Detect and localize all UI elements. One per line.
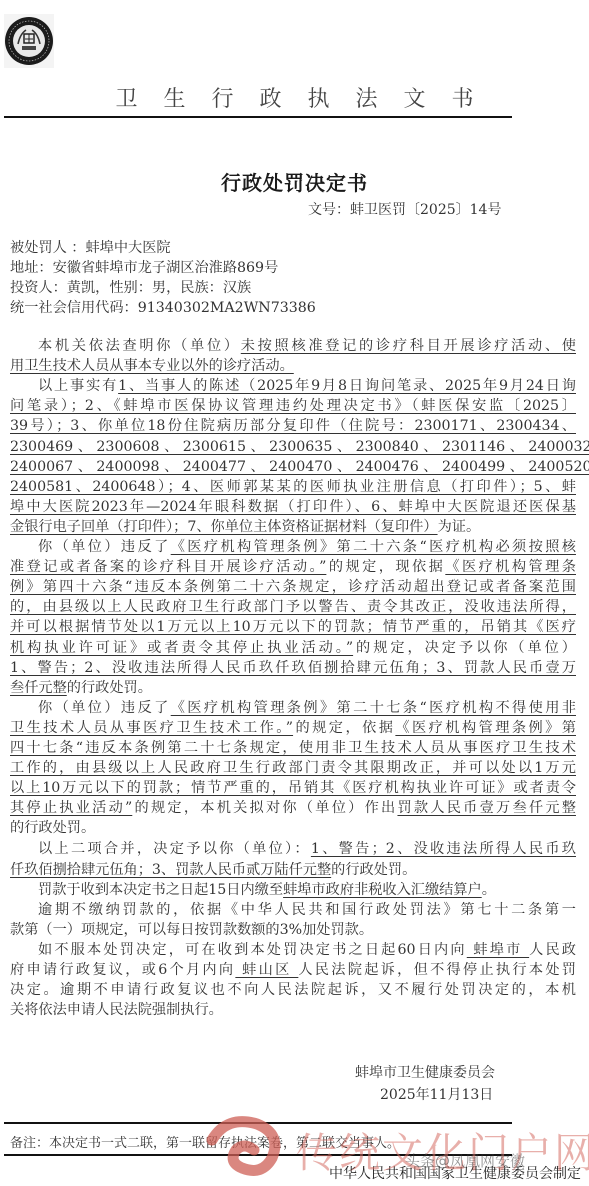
body-text: 以上事实有 — [38, 378, 118, 394]
underlined-text: 其停止执业活动” — [10, 800, 132, 816]
health-inspection-emblem-icon — [4, 14, 54, 68]
underlined-text: 蚌埠市政府非税收入汇缴结算户 — [283, 882, 482, 898]
body-text: 以上二项合并，决定予以你（单位）： — [38, 841, 311, 857]
underlined-text: 以上10万元以下的罚款；情节严重的，吊销其《医疗机构执业许可证》或者责令 — [10, 780, 576, 796]
watermark-source: 头条@凤凰网安徽 — [405, 1150, 525, 1171]
body-line: 款第（一）项规定，可以每日按罚款数额的3%加处罚款。 — [10, 920, 576, 940]
body-line: 2400581、2400648）；4、医师郭某某的医师执业注册信息（打印件）；5… — [10, 477, 576, 497]
body-line: 你（单位）违反了《医疗机构管理条例》第二十六条“医疗机构必须按照核 — [10, 537, 576, 557]
underlined-text: 机构执业许可证》或者责令其停止执业活动。” — [10, 640, 353, 656]
body-line: 金银行电子回单（打印件）；7、你单位主体资格证据材料（复印件）为证。 — [10, 517, 576, 537]
body-line: 2400067 、 2400098 、 2400477 、 2400470 、 … — [10, 457, 576, 477]
party-credit-code: 统一社会信用代码：91340302MA2WN73386 — [10, 298, 316, 318]
body-line: 其停止执业活动”的规定，本机关拟对你（单位）作出罚款人民币壹万叁仟元整 — [10, 798, 576, 818]
body-line: 卫生技术人员从事医疗卫生技术工作。”的规定，依据《医疗机构管理条例》第 — [10, 718, 576, 738]
body-line: 的，由县级以上人民政府卫生行政部门予以警告、责令其改正，没收违法所得， — [10, 597, 576, 617]
body-text: 的规定，本机关拟对你（单位）作出 — [132, 800, 397, 816]
body-text: 款第（一）项规定，可以每日按罚款数额的3%加处罚款。 — [10, 922, 373, 938]
body-line: 叁仟元整的行政处罚。 — [10, 678, 576, 698]
body-line: 仟玖佰捌拾肆元伍角；3、罚款人民币贰万陆仟元整的行政处罚。 — [10, 860, 576, 880]
underlined-text: 埠中大医院2023年—2024年眼科数据（打印件）、6、蚌埠中大医院退还医保基 — [10, 499, 576, 515]
body-line: 逾期不缴纳罚款的，依据《中华人民共和国行政处罚法》第七十二条第一 — [10, 900, 576, 920]
penalized-party: 被处罚人 ：蚌埠中大医院 — [10, 238, 171, 258]
body-text: 的规定，依据 — [293, 720, 395, 736]
body-line: 工作的，由县级以上人民政府卫生行政部门责令其限期改正，并可以处以1万元 — [10, 758, 576, 778]
body-line: 以上事实有1、当事人的陈述（2025年9月8日询问笔录、2025年9月24日询 — [10, 376, 576, 396]
body-line: 用卫生技术人员从事本专业以外的诊疗活动。 — [10, 356, 576, 376]
body-text: 本机关依法查明你（单位） — [38, 338, 241, 354]
body-text: 关将依法申请人民法院强制执行。 — [10, 1002, 223, 1018]
body-line: 的行政处罚。 — [10, 818, 576, 838]
body-line: 府申请行政复议，或6个月内向 蚌山区 人民法院起诉，但不得停止执行本处罚 — [10, 960, 576, 980]
header-divider — [4, 116, 512, 118]
page-title: 行政处罚决定书 — [0, 167, 589, 196]
underlined-text: 四十七条“违反本条例第二十七条规定，使用非卫生技术人员从事医疗卫生技术 — [10, 740, 576, 756]
body-line: 如不服本处罚决定，可在收到本处罚决定书之日起60日内向 蚌埠市 人民政 — [10, 940, 576, 960]
body-line: 你（单位）违反了《医疗机构管理条例》第二十七条“医疗机构不得使用非 — [10, 698, 576, 718]
underlined-text: 用卫生技术人员从事本专业以外的诊疗活动。 — [10, 358, 294, 374]
underlined-text: 金银行电子回单（打印件）；7、你单位主体资格证据材料（复印件） — [10, 519, 438, 535]
document-number: 文号：蚌卫医罚〔2025〕14号 — [308, 199, 501, 219]
document-category-heading: 卫生行政执法文书 — [0, 82, 589, 113]
body-text: 逾期不缴纳罚款的，依据《中华人民共和国行政处罚法》第七十二条第一 — [38, 902, 576, 918]
body-text: 。 — [482, 882, 496, 898]
underlined-text: 蚌山区 — [235, 962, 298, 978]
issuing-authority: 蚌埠市卫生健康委员会 — [355, 1062, 495, 1082]
body-text: 决定。逾期不申请行政复议也不向人民法院起诉，又不履行处罚决定的，本机 — [10, 982, 576, 998]
body-text: 的行政处罚。 — [10, 820, 95, 836]
underlined-text: 2400067 、 2400098 、 2400477 、 2400470 、 … — [10, 459, 589, 475]
body-line: 机构执业许可证》或者责令其停止执业活动。”的规定，决定予以你（单位） — [10, 638, 576, 658]
underlined-text: 《医疗机构管理条例》第二十七条“医疗机构不得使用非 — [171, 700, 576, 716]
body-line: 以上二项合并，决定予以你（单位）：1、警告；2、没收违法所得人民币玖 — [10, 839, 576, 859]
watermark-swirl-icon — [202, 1110, 292, 1186]
underlined-text: 卫生技术人员从事医疗卫生技术工作。” — [10, 720, 293, 736]
underlined-text: 1、警告；2、没收违法所得人民币玖仟玖佰捌拾肆元伍角；3、罚款人民币壹万 — [10, 660, 576, 676]
body-text: 你（单位）违反了 — [38, 539, 171, 555]
issue-date: 2025年11月13日 — [380, 1084, 493, 1104]
body-text: 罚款于收到本决定书之日起15日内缴至 — [38, 882, 283, 898]
underlined-text: 仟玖佰捌拾肆元伍角；3、罚款人民币贰万陆仟元整 — [10, 862, 331, 878]
body-text: 人民法院起诉，但不得停止执行本处罚 — [298, 962, 576, 978]
body-text: 的规定，现依据 — [326, 559, 445, 575]
body-text: 府申请行政复议，或6个月内向 — [10, 962, 235, 978]
body-text: 的行政处罚。 — [331, 862, 416, 878]
underlined-text: 2400581、2400648）；4、医师郭某某的医师执业注册信息（打印件）；5… — [10, 479, 576, 495]
underlined-text: 《医疗机构管理条例》第二十六条“医疗机构必须按照核 — [171, 539, 576, 555]
body-text: 为证。 — [438, 519, 481, 535]
body-line: 四十七条“违反本条例第二十七条规定，使用非卫生技术人员从事医疗卫生技术 — [10, 738, 576, 758]
body-line: 埠中大医院2023年—2024年眼科数据（打印件）、6、蚌埠中大医院退还医保基 — [10, 497, 576, 517]
body-line: 本机关依法查明你（单位）未按照核准登记的诊疗科目开展诊疗活动、使 — [10, 336, 576, 356]
body-line: 并可以根据情节处以1万元以上10万元以下的罚款；情节严重的，吊销其《医疗 — [10, 617, 576, 637]
body-text: 的规定，决定予以你（单位） — [353, 640, 576, 656]
underlined-text: 准登记或者备案的诊疗科目开展诊疗活动。” — [10, 559, 326, 575]
body-line: 关将依法申请人民法院强制执行。 — [10, 1000, 576, 1020]
body-text: 人民政 — [529, 942, 576, 958]
underlined-text: 的，由县级以上人民政府卫生行政部门予以警告、责令其改正，没收违法所得， — [10, 599, 576, 615]
party-investor: 投资人：黄凯，性别：男，民族：汉族 — [10, 278, 251, 298]
party-address: 地址：安徽省蚌埠市龙子湖区治淮路869号 — [10, 258, 278, 278]
underlined-text: 1、警告；2、没收违法所得人民币玖 — [311, 841, 576, 857]
underlined-text: 未按照核准登记的诊疗科目开展诊疗活动、使 — [241, 338, 576, 354]
body-line: 例》第四十六条“违反本条例第二十六条规定，诊疗活动超出登记或者备案范围 — [10, 577, 576, 597]
body-text: 的行政处罚。 — [67, 680, 152, 696]
underlined-text: 罚款人民币壹万叁仟元整 — [397, 800, 576, 816]
body-line: 2300469 、 2300608 、 2300615 、 2300635 、 … — [10, 437, 576, 457]
underlined-text: 并可以根据情节处以1万元以上10万元以下的罚款；情节严重的，吊销其《医疗 — [10, 619, 576, 635]
underlined-text: 例》第四十六条“违反本条例第二十六条规定，诊疗活动超出登记或者备案范围 — [10, 579, 576, 595]
body-line: 决定。逾期不申请行政复议也不向人民法院起诉，又不履行处罚决定的，本机 — [10, 980, 576, 1000]
underlined-text: 蚌埠市 — [467, 942, 529, 958]
underlined-text: 2300469 、 2300608 、 2300615 、 2300635 、 … — [10, 439, 589, 455]
body-line: 1、警告；2、没收违法所得人民币玖仟玖佰捌拾肆元伍角；3、罚款人民币壹万 — [10, 658, 576, 678]
body-text: 如不服本处罚决定，可在收到本处罚决定书之日起60日内向 — [38, 942, 467, 958]
body-line: 问笔录）；2、《蚌埠市医保协议管理违约处理决定书》（蚌医保安监〔2025〕 — [10, 396, 576, 416]
underlined-text: 问笔录）；2、《蚌埠市医保协议管理违约处理决定书》（蚌医保安监〔2025〕 — [10, 398, 576, 414]
body-line: 39号）；3、你单位18份住院病历部分复印件（住院号：2300171、23004… — [10, 416, 576, 436]
underlined-text: 《医疗机构管理条 — [445, 559, 576, 575]
underlined-text: 叁仟元整 — [10, 680, 67, 696]
body-line: 准登记或者备案的诊疗科目开展诊疗活动。”的规定，现依据《医疗机构管理条 — [10, 557, 576, 577]
underlined-text: 39号）；3、你单位18份住院病历部分复印件（住院号：2300171、23004… — [10, 418, 576, 434]
body-line: 以上10万元以下的罚款；情节严重的，吊销其《医疗机构执业许可证》或者责令 — [10, 778, 576, 798]
underlined-text: 1、当事人的陈述（2025年9月8日询问笔录、2025年9月24日询 — [118, 378, 576, 394]
underlined-text: 《医疗机构管理条例》第 — [395, 720, 576, 736]
underlined-text: 工作的，由县级以上人民政府卫生行政部门责令其限期改正，并可以处以1万元 — [10, 760, 576, 776]
body-text: 你（单位）违反了 — [38, 700, 171, 716]
body-line: 罚款于收到本决定书之日起15日内缴至蚌埠市政府非税收入汇缴结算户。 — [10, 880, 576, 900]
